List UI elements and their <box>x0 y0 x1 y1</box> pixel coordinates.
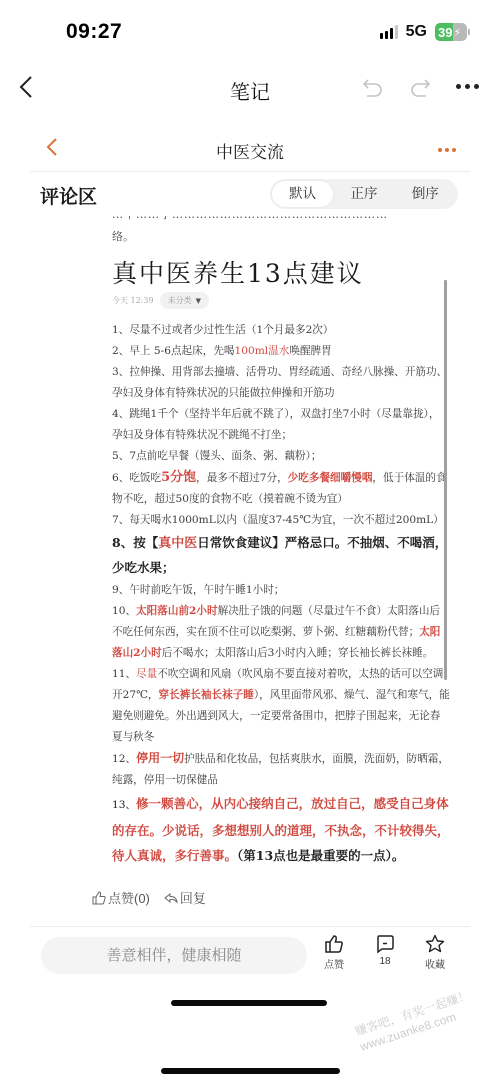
item-13: 13、修一颗善心，从内心接纳自己，放过自己，感受自己身体的存在。少说话，多想想别… <box>112 791 450 868</box>
sub-header: 中医交流 <box>30 120 470 172</box>
cut-off-text-end: 络。 <box>112 228 134 244</box>
sort-tab-ascending[interactable]: 正序 <box>333 181 394 207</box>
signal-icon <box>380 25 398 39</box>
network-type: 5G <box>406 23 427 41</box>
redo-button[interactable] <box>407 75 433 101</box>
comment-header: 评论区 默认 正序 倒序 <box>30 176 470 216</box>
comment-actions: 点赞(0) 回复 <box>92 888 206 907</box>
item-12: 12、停用一切护肤品和化妆品，包括爽肤水，面膜，洗面奶，防晒霜，纯露，停用一切保… <box>112 748 450 791</box>
thumbs-up-icon <box>324 934 344 954</box>
cut-off-text: …早……子……………………………………………… <box>112 216 388 222</box>
undo-icon <box>360 75 386 101</box>
bottom-action-bar: 善意相伴，健康相随 点赞 18 收藏 <box>0 928 500 988</box>
article-body: 1、尽量不过或者少过性生活（1个月最多2次） 2、早上 5-6点起床，先喝100… <box>112 320 450 868</box>
category-dropdown: 未分类▼ <box>160 292 209 309</box>
sort-tab-descending[interactable]: 倒序 <box>395 181 456 207</box>
item-4: 4、跳绳1千个（坚持半年后就不跳了），双盘打坐7小时（尽量靠拢），孕妇及身体有特… <box>112 404 450 446</box>
item-11: 11、尽量不吹空调和风扇（吹风扇不要直接对着吹，太热的话可以空调开27℃，穿长裤… <box>112 664 450 748</box>
nav-bar: 笔记 <box>0 62 500 114</box>
status-bar: 09:27 5G 39 ⚡ <box>0 0 500 60</box>
comment-input[interactable]: 善意相伴，健康相随 <box>41 937 307 974</box>
comment-button[interactable]: 18 <box>365 934 405 967</box>
more-icon <box>456 84 461 89</box>
redo-icon <box>407 75 433 101</box>
thumbs-up-icon <box>92 891 106 905</box>
item-8: 8、按【真中医日常饮食建议】严格忌口。不抽烟、不喝酒，少吃水果； <box>112 531 450 580</box>
undo-button[interactable] <box>360 75 386 101</box>
divider <box>30 926 470 927</box>
favorite-button[interactable]: 收藏 <box>415 934 455 971</box>
watermark: 赚客吧，有奖一起赚！ www.zuanke8.com <box>353 987 477 1055</box>
reply-comment-button[interactable]: 回复 <box>164 888 206 907</box>
sub-title: 中医交流 <box>30 138 470 163</box>
embedded-screenshot: 中医交流 评论区 默认 正序 倒序 …早……子……………………………………………… <box>30 120 470 940</box>
sort-tabs: 默认 正序 倒序 <box>270 179 458 209</box>
like-button[interactable]: 点赞 <box>314 934 354 971</box>
battery-level: 39 <box>435 25 452 40</box>
item-7: 7、每天喝水1000mL以内（温度37-45℃为宜，一次不超过200mL） <box>112 510 450 531</box>
comment-image-article: …早……子……………………………………………… 络。 真中医养生13点建议 今天… <box>112 216 452 886</box>
article-date: 今天 12:39 <box>112 295 154 306</box>
item-3: 3、拉伸操、用背部去撞墙、活骨功、胃经疏通、奇经八脉操、开筋功、孕妇及身体有特殊… <box>112 362 450 404</box>
like-comment-button[interactable]: 点赞(0) <box>92 888 150 907</box>
article-meta: 今天 12:39 未分类▼ <box>112 292 209 309</box>
battery-icon: 39 ⚡ <box>435 23 470 41</box>
item-1: 1、尽量不过或者少过性生活（1个月最多2次） <box>112 320 450 341</box>
image-scrollbar <box>444 280 447 680</box>
sort-tab-default[interactable]: 默认 <box>272 181 333 207</box>
article-title: 真中医养生13点建议 <box>112 254 364 290</box>
status-indicators: 5G 39 ⚡ <box>380 23 470 41</box>
star-icon <box>425 934 445 954</box>
item-10: 10、太阳落山前2小时解决肚子饿的问题（尽量过午不食）太阳落山后不吃任何东西，实… <box>112 601 450 664</box>
reply-icon <box>164 891 178 905</box>
status-time: 09:27 <box>66 20 122 44</box>
item-6: 6、吃饭吃5分饱，最多不超过7分，少吃多餐细嚼慢咽，低于体温的食物不吃，超过50… <box>112 467 450 510</box>
item-5: 5、7点前吃早餐（馒头、面条、粥、藕粉）； <box>112 446 450 467</box>
home-indicator[interactable] <box>171 1000 327 1006</box>
item-9: 9、午时前吃午饭，午时午睡1小时； <box>112 580 450 601</box>
comment-icon <box>375 934 395 954</box>
sub-more-button[interactable] <box>438 148 456 152</box>
more-icon <box>438 148 442 152</box>
home-indicator-outer[interactable] <box>161 1068 340 1074</box>
comment-section-title: 评论区 <box>40 182 97 209</box>
more-button[interactable] <box>456 84 479 89</box>
dropdown-arrow-icon: ▼ <box>196 297 201 305</box>
item-2: 2、早上 5-6点起床，先喝100ml温水唤醒脾胃 <box>112 341 450 362</box>
